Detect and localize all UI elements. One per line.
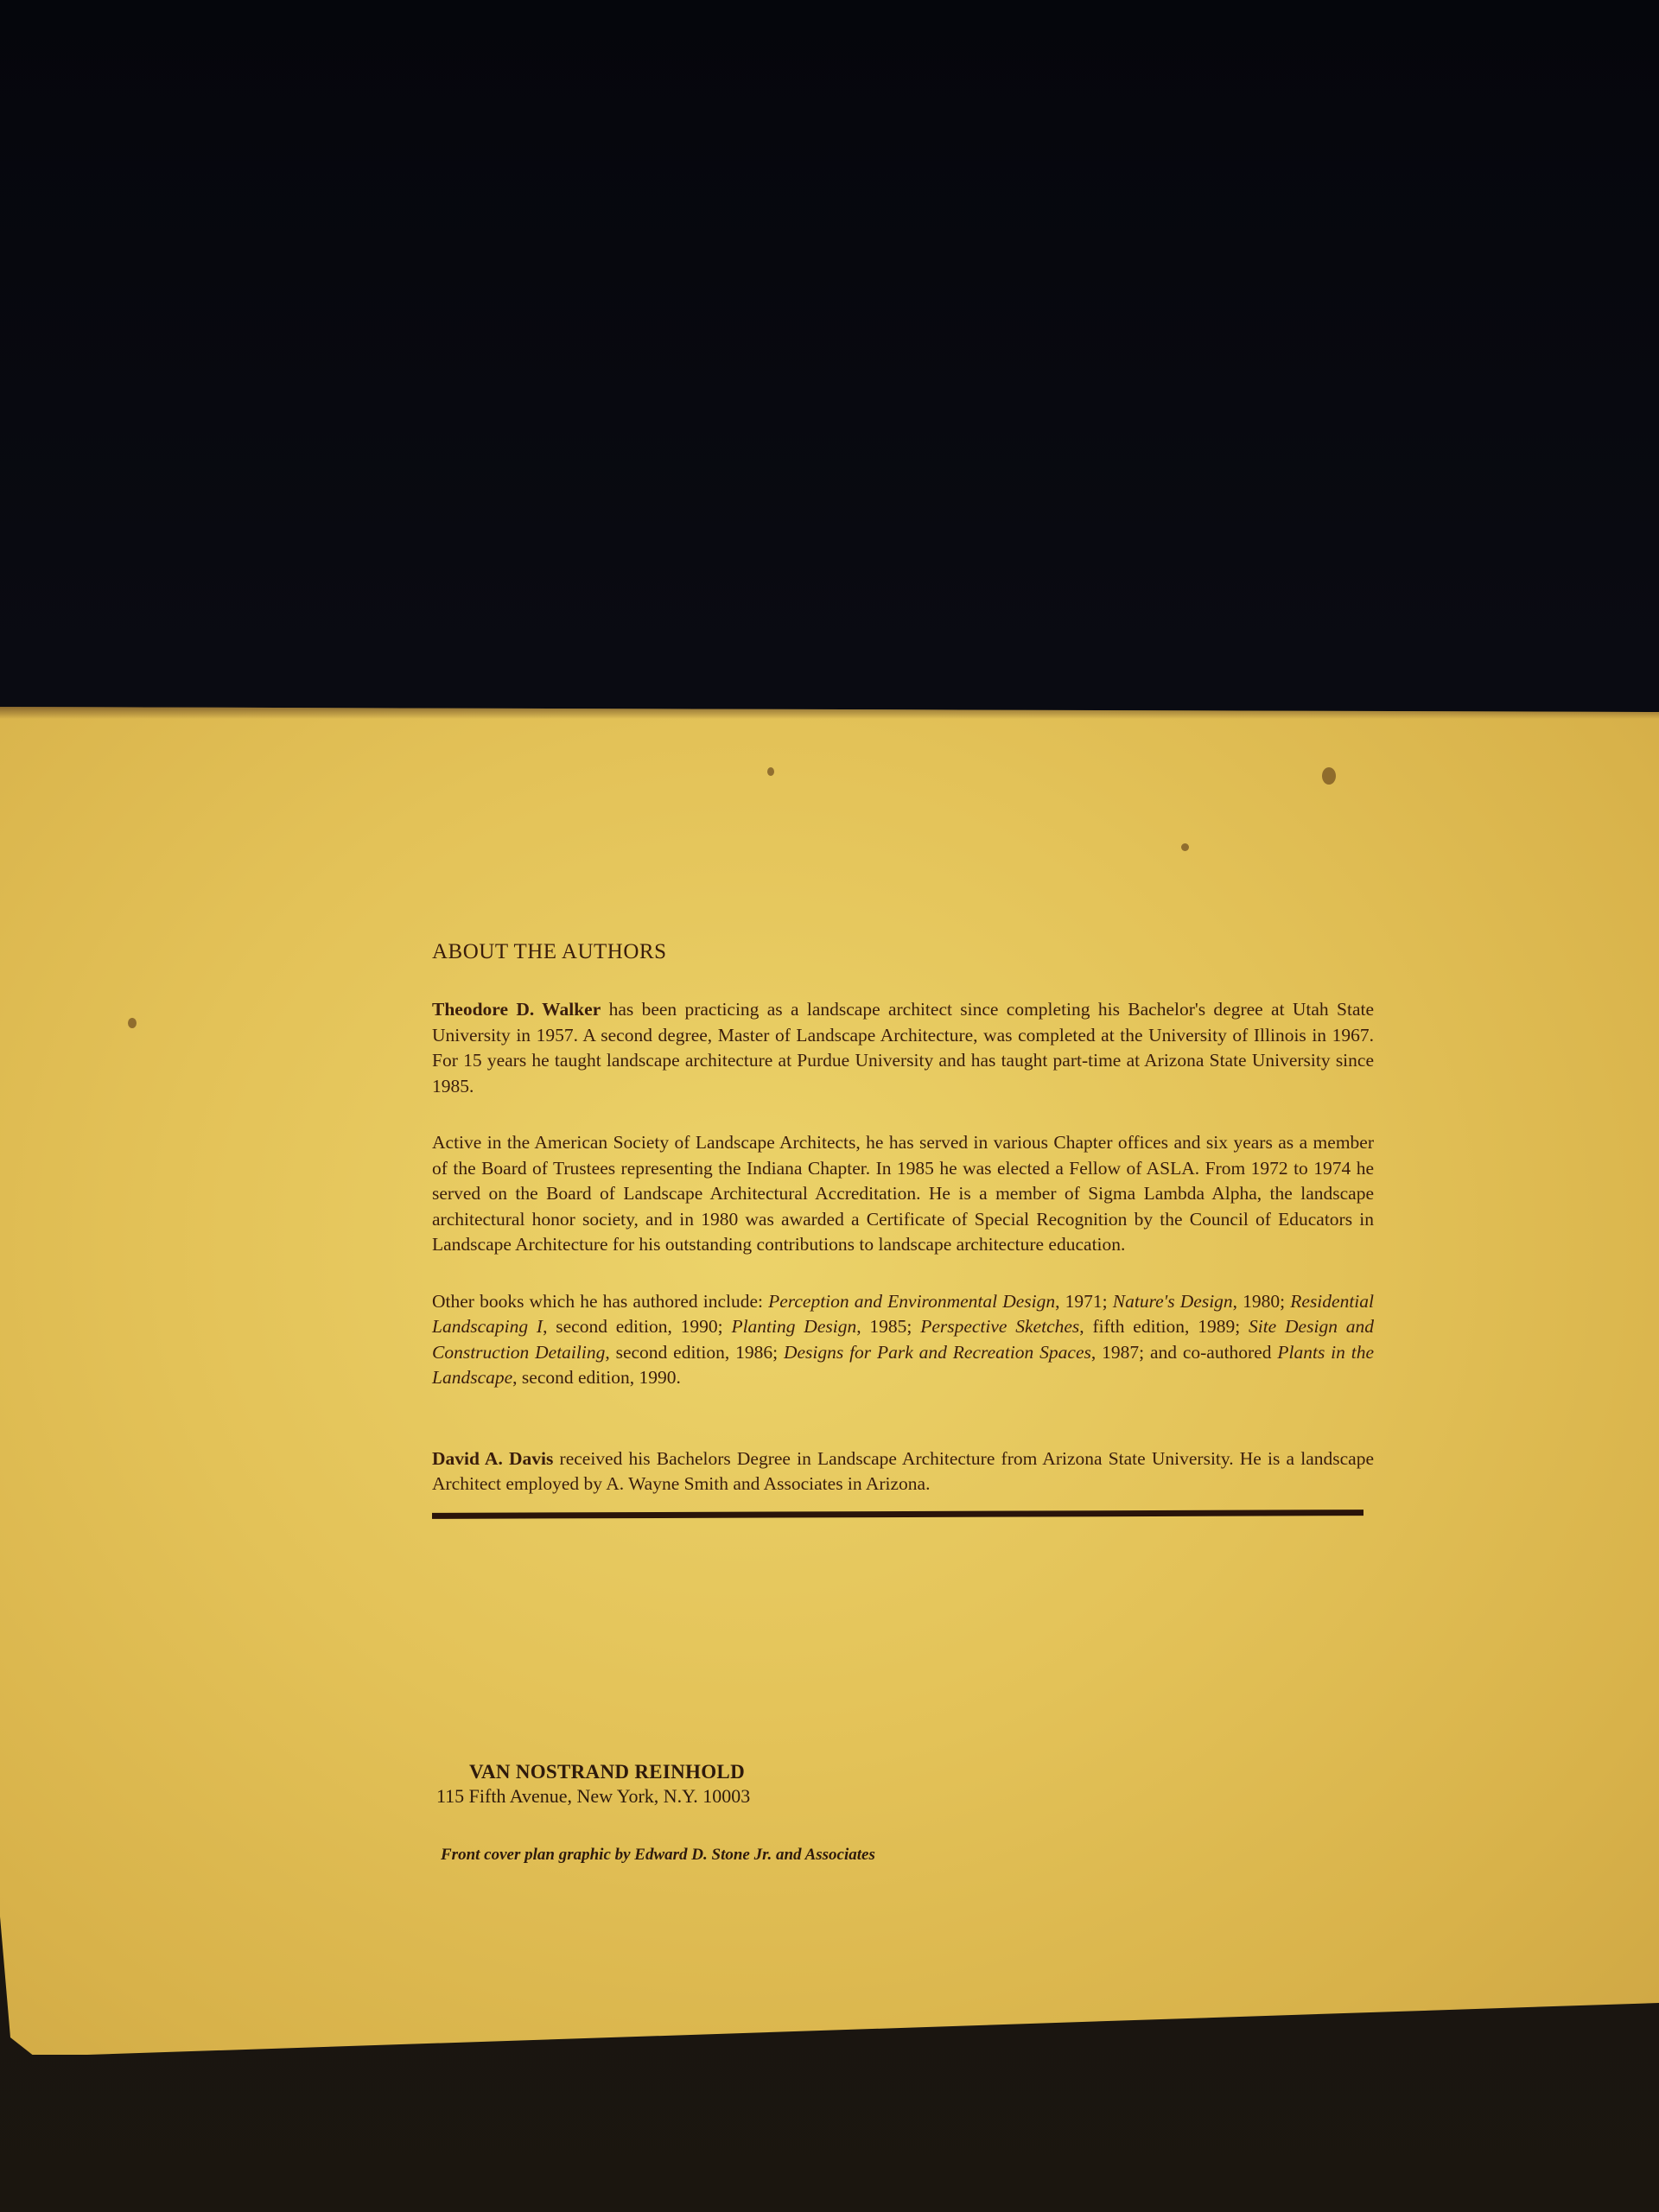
book-note: , 1985;: [856, 1316, 920, 1337]
book-note: , second edition, 1990.: [512, 1367, 681, 1388]
author1-name: Theodore D. Walker: [432, 999, 601, 1020]
page-edge-shadow: [0, 707, 1659, 719]
book-note: , second edition, 1990;: [543, 1316, 731, 1337]
cover-credit: Front cover plan graphic by Edward D. St…: [441, 1846, 875, 1865]
book-back-cover: ABOUT THE AUTHORS Theodore D. Walker has…: [0, 707, 1659, 2055]
book-note: , 1987; and co-authored: [1091, 1342, 1278, 1363]
stain-mark: [1322, 767, 1336, 785]
book-note: , 1980;: [1233, 1291, 1291, 1312]
author1-asla-paragraph: Active in the American Society of Landsc…: [432, 1130, 1374, 1258]
stain-mark: [1181, 843, 1189, 851]
author2-name: David A. Davis: [432, 1448, 553, 1469]
book-title: Planting Design: [731, 1316, 856, 1337]
publisher-block: VAN NOSTRAND REINHOLD 115 Fifth Avenue, …: [436, 1761, 750, 1808]
book-note: , second edition, 1986;: [605, 1342, 784, 1363]
stain-mark: [767, 767, 774, 776]
section-heading: ABOUT THE AUTHORS: [432, 940, 1374, 964]
book-note: , fifth edition, 1989;: [1079, 1316, 1249, 1337]
about-authors-section: ABOUT THE AUTHORS Theodore D. Walker has…: [432, 940, 1374, 1517]
publisher-name: VAN NOSTRAND REINHOLD: [469, 1761, 750, 1783]
book-note: , 1971;: [1055, 1291, 1113, 1312]
book-title: Perspective Sketches: [920, 1316, 1079, 1337]
stain-mark: [128, 1018, 137, 1028]
divider-rule: [432, 1510, 1363, 1519]
book-title: Perception and Environmental Design: [768, 1291, 1055, 1312]
author1-bio-paragraph: Theodore D. Walker has been practicing a…: [432, 997, 1374, 1099]
book-title: Nature's Design: [1113, 1291, 1233, 1312]
author2-bio-paragraph: David A. Davis received his Bachelors De…: [432, 1446, 1374, 1497]
publisher-address: 115 Fifth Avenue, New York, N.Y. 10003: [436, 1785, 750, 1808]
author1-books-paragraph: Other books which he has authored includ…: [432, 1289, 1374, 1391]
book-title: Designs for Park and Recreation Spaces: [784, 1342, 1091, 1363]
